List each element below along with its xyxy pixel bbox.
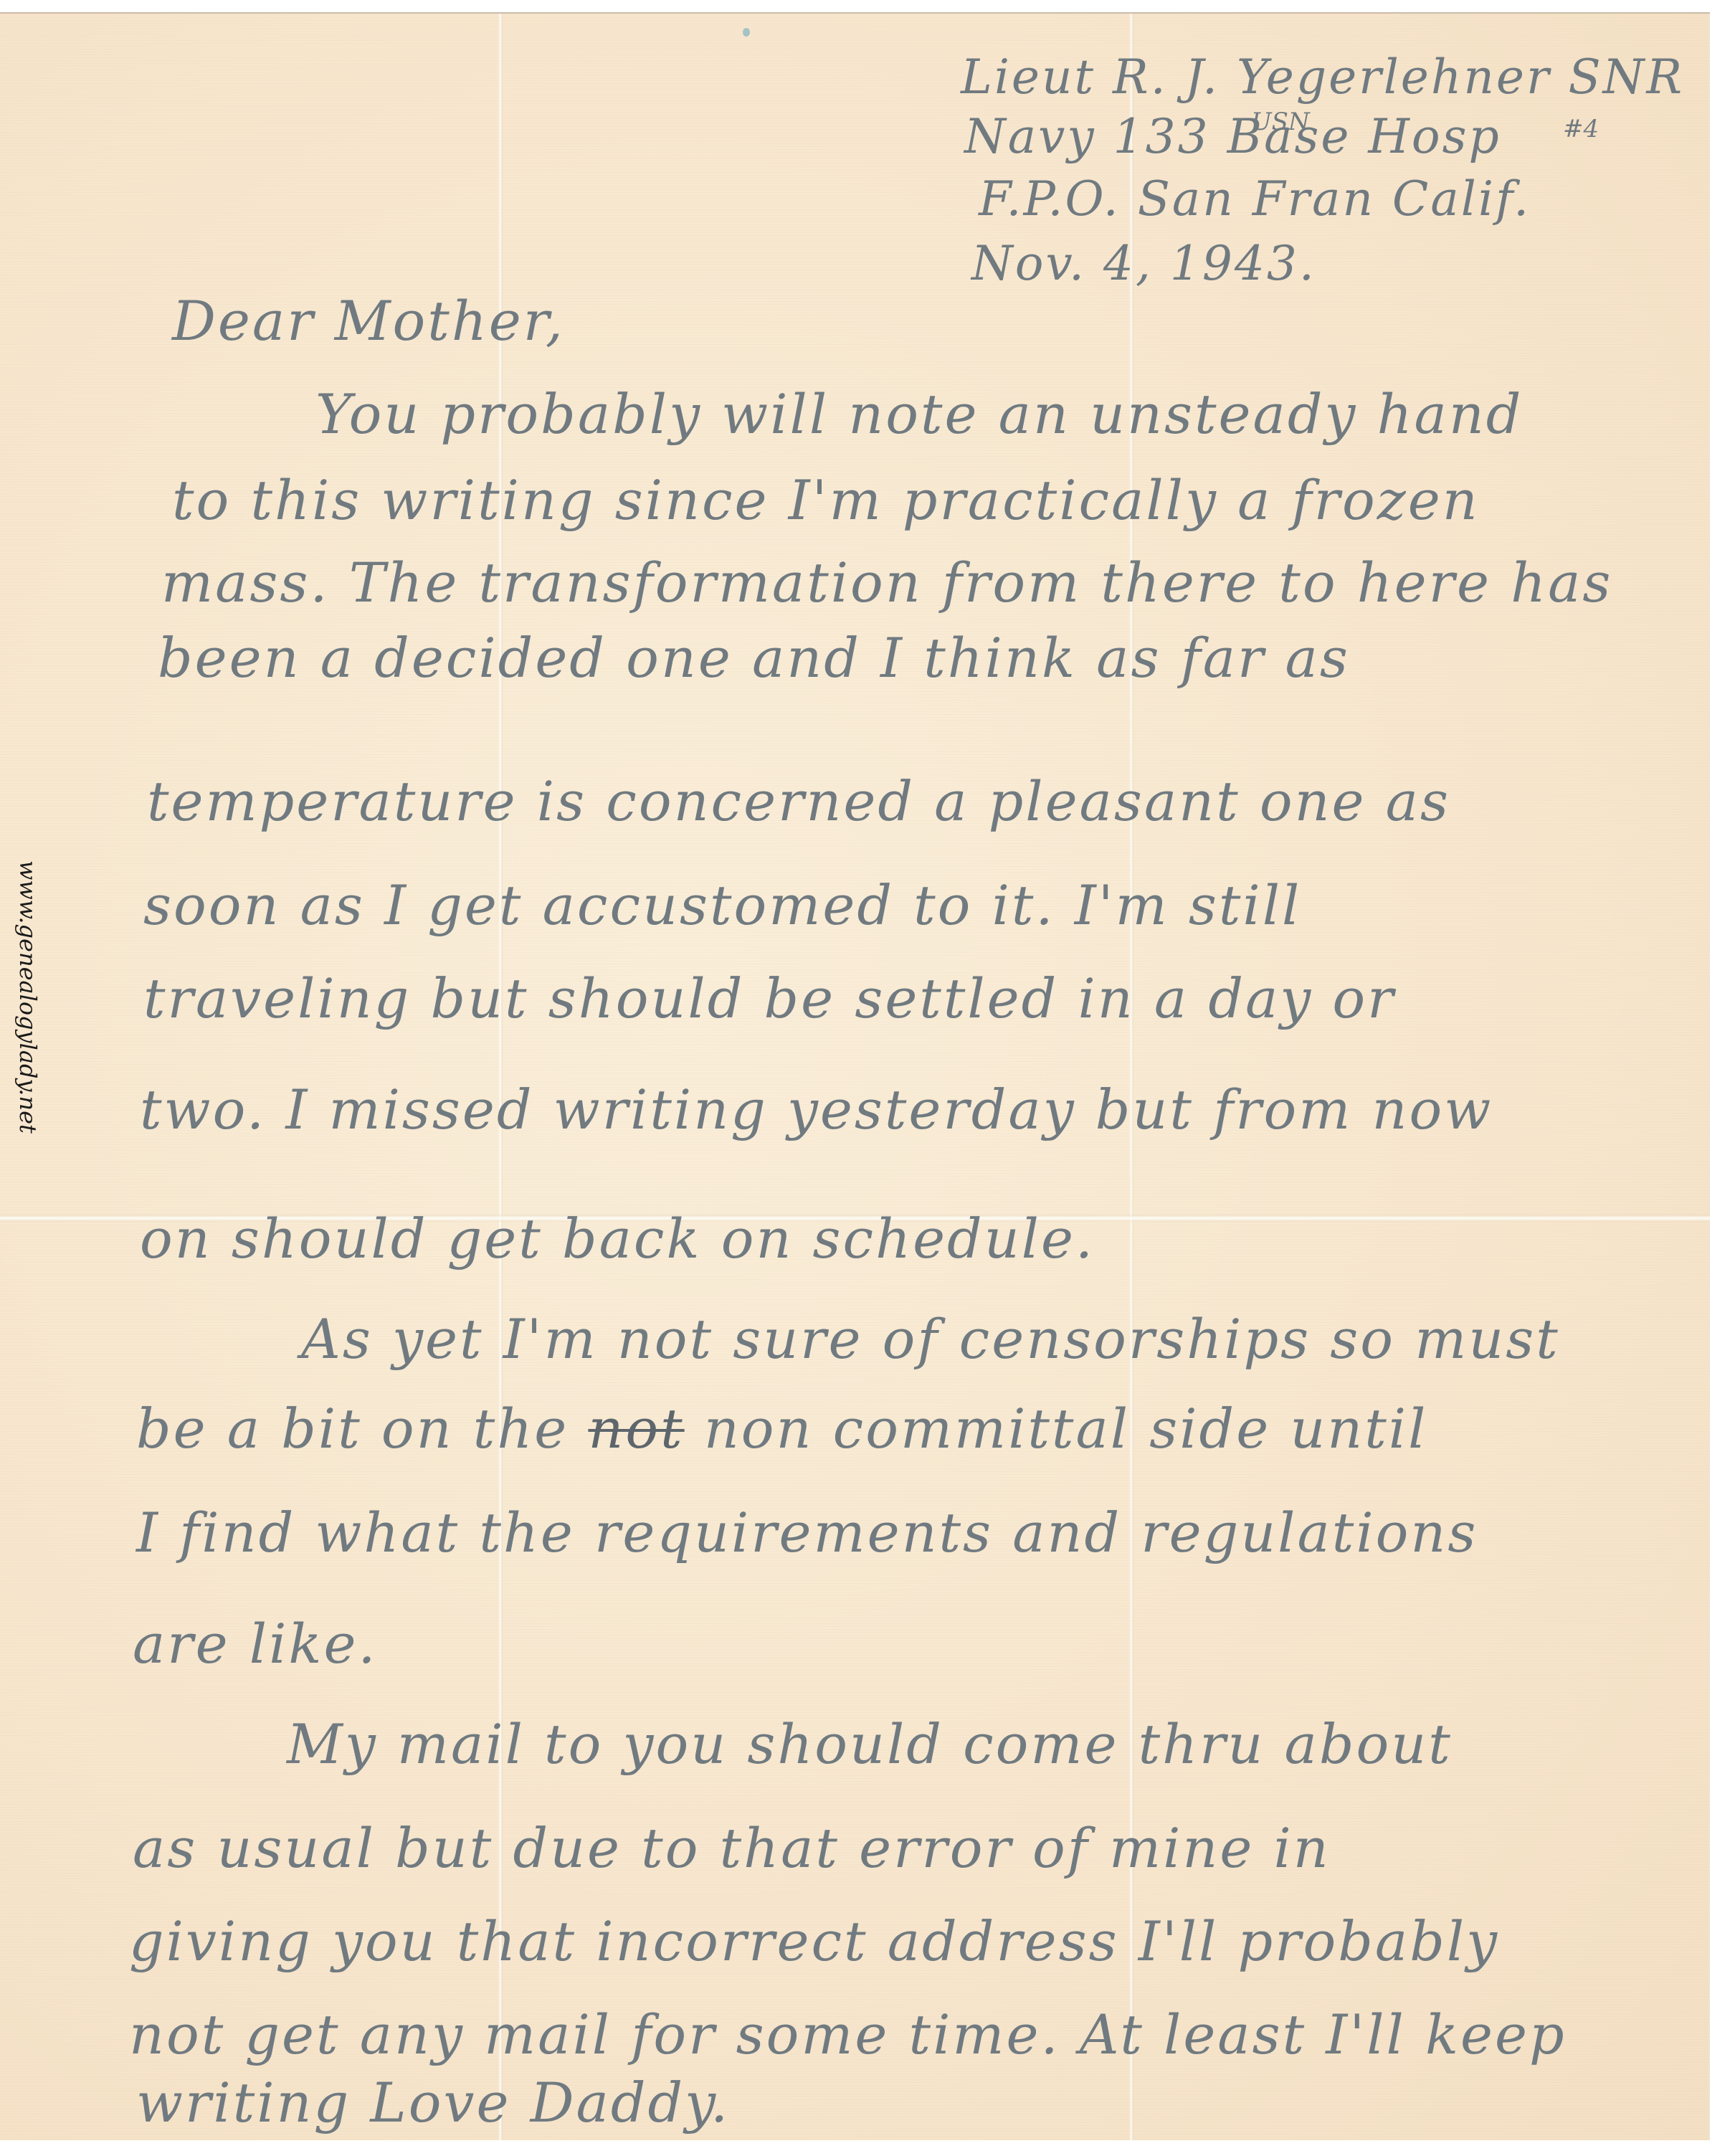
body-line: You probably will note an unsteady hand <box>315 387 1523 442</box>
signature-line: writing Love Daddy. <box>136 2076 730 2130</box>
salutation: Dear Mother, <box>172 294 565 348</box>
line-text-before: be a bit on the <box>136 1397 588 1461</box>
address-line-1: Lieut R. J. Yegerlehner SNR <box>961 54 1684 101</box>
body-line: been a decided one and I think as far as <box>158 631 1350 685</box>
body-line: on should get back on schedule. <box>140 1212 1095 1266</box>
address-line-3: F.P.O. San Fran Calif. <box>979 176 1531 223</box>
body-line: mass. The transformation from there to h… <box>161 556 1612 610</box>
line-text-after: non committal side until <box>685 1397 1428 1461</box>
body-line: traveling but should be settled in a day… <box>143 972 1396 1026</box>
address-superscript: #4 <box>1563 115 1599 143</box>
body-line: temperature is concerned a pleasant one … <box>147 774 1450 829</box>
address-line-2: Navy 133 Base Hosp <box>964 113 1501 161</box>
body-line: I find what the requirements and regulat… <box>136 1506 1478 1560</box>
body-line: soon as I get accustomed to it. I'm stil… <box>143 878 1301 933</box>
body-line: As yet I'm not sure of censorships so mu… <box>301 1312 1560 1367</box>
letter-date: Nov. 4, 1943. <box>971 240 1316 288</box>
body-line: as usual but due to that error of mine i… <box>133 1821 1331 1876</box>
body-line: not get any mail for some time. At least… <box>129 2008 1567 2062</box>
body-line: two. I missed writing yesterday but from… <box>140 1083 1493 1137</box>
body-line: are like. <box>133 1617 378 1671</box>
body-line: giving you that incorrect address I'll p… <box>129 1914 1499 1969</box>
struck-word: not <box>588 1397 684 1461</box>
ink-speck <box>743 28 750 37</box>
body-line-with-strikethrough: be a bit on the not non committal side u… <box>136 1402 1427 1456</box>
watermark: www.genealogylady.net <box>6 860 42 1212</box>
body-line: My mail to you should come thru about <box>287 1717 1453 1772</box>
body-line: to this writing since I'm practically a … <box>172 473 1480 528</box>
